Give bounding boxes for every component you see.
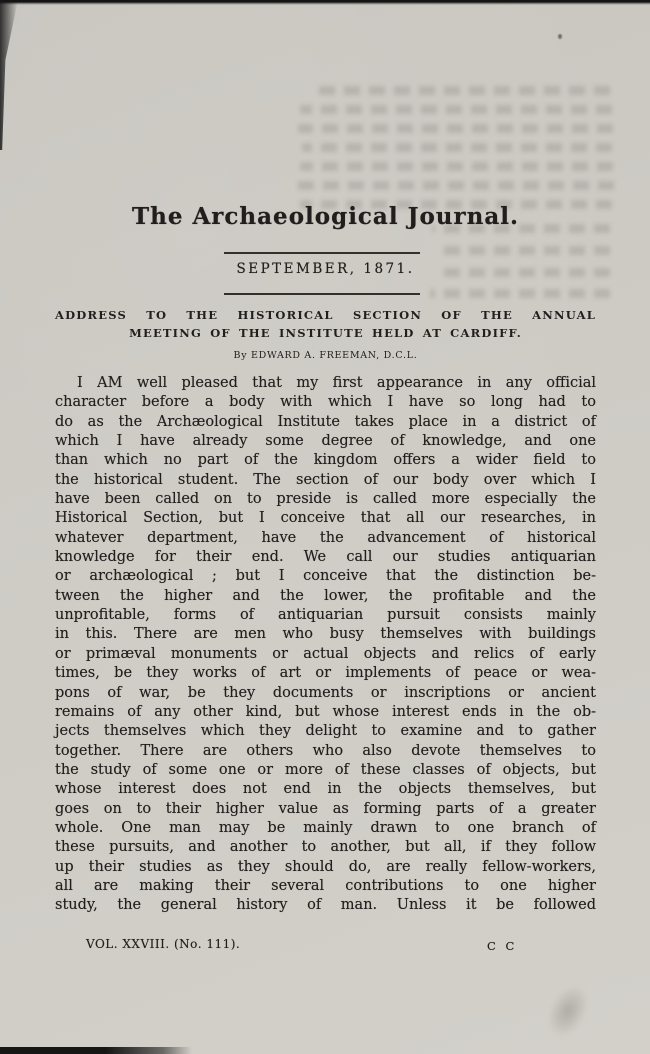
body-text-line: the historical student. The section of o… xyxy=(55,471,596,490)
bleedthrough-line xyxy=(300,162,613,171)
body-text-line: goes on to their higher value as forming… xyxy=(55,800,596,819)
bleedthrough-line xyxy=(300,105,612,114)
body-text-line: I AM well pleased that my first appearan… xyxy=(55,374,596,393)
body-text-line: knowledge for their end. We call our stu… xyxy=(55,548,596,567)
footer-printers-signature: C C xyxy=(487,939,517,953)
journal-title: The Archaeological Journal. xyxy=(55,203,596,230)
masthead-divider-rule-top xyxy=(224,252,420,254)
scan-edge-bottom-left xyxy=(0,1047,192,1054)
footer-volume: VOL. XXVIII. (No. 111). xyxy=(86,937,240,951)
bleedthrough-line xyxy=(298,124,613,133)
body-text-line: unprofitable, forms of antiquarian pursu… xyxy=(55,606,596,625)
body-text-line: tween the higher and the lower, the prof… xyxy=(55,587,596,606)
body-text-line: in this. There are men who busy themselv… xyxy=(55,625,596,644)
body-text-line: Historical Section, but I conceive that … xyxy=(55,509,596,528)
body-text-line: together. There are others who also devo… xyxy=(55,742,596,761)
body-text-line: pons of war, be they documents or inscri… xyxy=(55,684,596,703)
body-text-line: whose interest does not end in the objec… xyxy=(55,780,596,799)
body-text-line: have been called on to preside is called… xyxy=(55,490,596,509)
smudge-stain xyxy=(539,978,597,1044)
ink-speck xyxy=(558,34,562,39)
body-text-line: whole. One man may be mainly drawn to on… xyxy=(55,819,596,838)
masthead-divider-rule-bottom xyxy=(224,293,420,295)
body-text-line: up their studies as they should do, are … xyxy=(55,858,596,877)
bleedthrough-line xyxy=(440,246,610,255)
body-text-line: character before a body with which I hav… xyxy=(55,393,596,412)
scanned-journal-page: The Archaeological Journal. SEPTEMBER, 1… xyxy=(0,0,650,1054)
body-text-line: times, be they works of art or implement… xyxy=(55,664,596,683)
body-text-line: study, the general history of man. Unles… xyxy=(55,896,596,915)
body-text-line: whatever department, have the advancemen… xyxy=(55,529,596,548)
body-text-line: than which no part of the kingdom offers… xyxy=(55,451,596,470)
bleedthrough-line xyxy=(296,181,614,190)
bleedthrough-line xyxy=(310,86,610,95)
issue-date: SEPTEMBER, 1871. xyxy=(55,261,596,277)
article-heading-line2: MEETING OF THE INSTITUTE HELD AT CARDIFF… xyxy=(55,326,596,340)
bleedthrough-line xyxy=(430,289,610,298)
article-byline: By EDWARD A. FREEMAN, D.C.L. xyxy=(55,350,596,361)
body-text-line: the study of some one or more of these c… xyxy=(55,761,596,780)
body-text-line: or archæological ; but I conceive that t… xyxy=(55,567,596,586)
article-body: I AM well pleased that my first appearan… xyxy=(55,374,596,916)
body-text-line: or primæval monuments or actual objects … xyxy=(55,645,596,664)
scan-edge-top xyxy=(0,0,650,5)
body-text-line: remains of any other kind, but whose int… xyxy=(55,703,596,722)
body-text-line: these pursuits, and another to another, … xyxy=(55,838,596,857)
body-text-line: all are making their several contributio… xyxy=(55,877,596,896)
body-text-line: which I have already some degree of know… xyxy=(55,432,596,451)
article-heading-line1: ADDRESS TO THE HISTORICAL SECTION OF THE… xyxy=(55,308,596,322)
scan-edge-top-left-corner xyxy=(0,0,18,150)
body-text-line: do as the Archæological Institute takes … xyxy=(55,413,596,432)
body-text-line: jects themselves which they delight to e… xyxy=(55,722,596,741)
bleedthrough-line xyxy=(302,143,612,152)
